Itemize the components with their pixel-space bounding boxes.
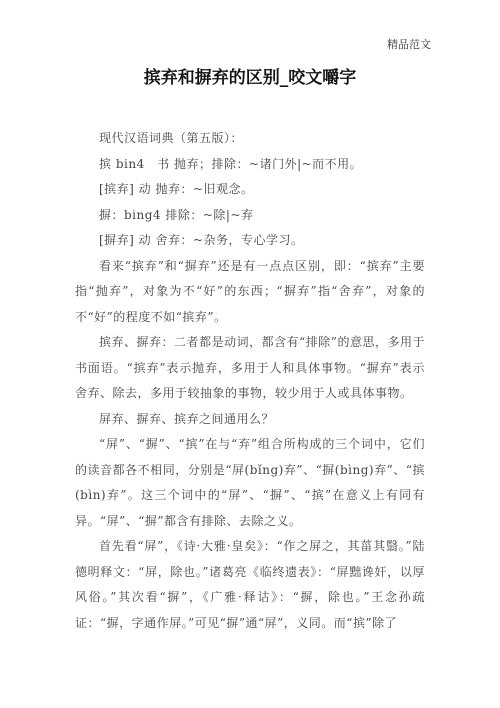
paragraph-usage: 摈弃、摒弃：二者都是动词，都含有“排除”的意思，多用于书面语。“摈弃”表示抛弃，… <box>75 330 425 407</box>
paragraph-difference: 看来“摈弃”和“摒弃”还是有一点点区别，即：“摈弃”主要指“抛弃”，对象为不“好… <box>75 254 425 331</box>
paragraph-question: 屏弃、摒弃、摈弃之间通用么？ <box>75 407 425 433</box>
paragraph-bing-definition: 摒：bing4 排除：~除|~弃 <box>75 203 425 229</box>
document-body: 现代汉语词典（第五版）： 摈 bin4 书 抛弃；排除：~诸门外|~而不用。 [… <box>75 126 425 636</box>
paragraph-dictionary-source: 现代汉语词典（第五版）： <box>75 126 425 152</box>
header-tag: 精品范文 <box>387 36 431 52</box>
paragraph-binqi-definition: [摈弃] 动 抛弃：~旧观念。 <box>75 177 425 203</box>
document-title: 摈弃和摒弃的区别_咬文嚼字 <box>0 63 500 88</box>
paragraph-pronunciation: “屏”、“摒”、“摈”在与“弃”组合所构成的三个词中，它们的读音都各不相同，分别… <box>75 432 425 534</box>
paragraph-etymology: 首先看“屏”，《诗·大雅·皇矣》：“作之屏之，其菑其翳。”陆德明释文：“屏，除也… <box>75 534 425 636</box>
paragraph-bingqi-definition: [摒弃] 动 舍弃：~杂务，专心学习。 <box>75 228 425 254</box>
paragraph-bin-definition: 摈 bin4 书 抛弃；排除：~诸门外|~而不用。 <box>75 152 425 178</box>
